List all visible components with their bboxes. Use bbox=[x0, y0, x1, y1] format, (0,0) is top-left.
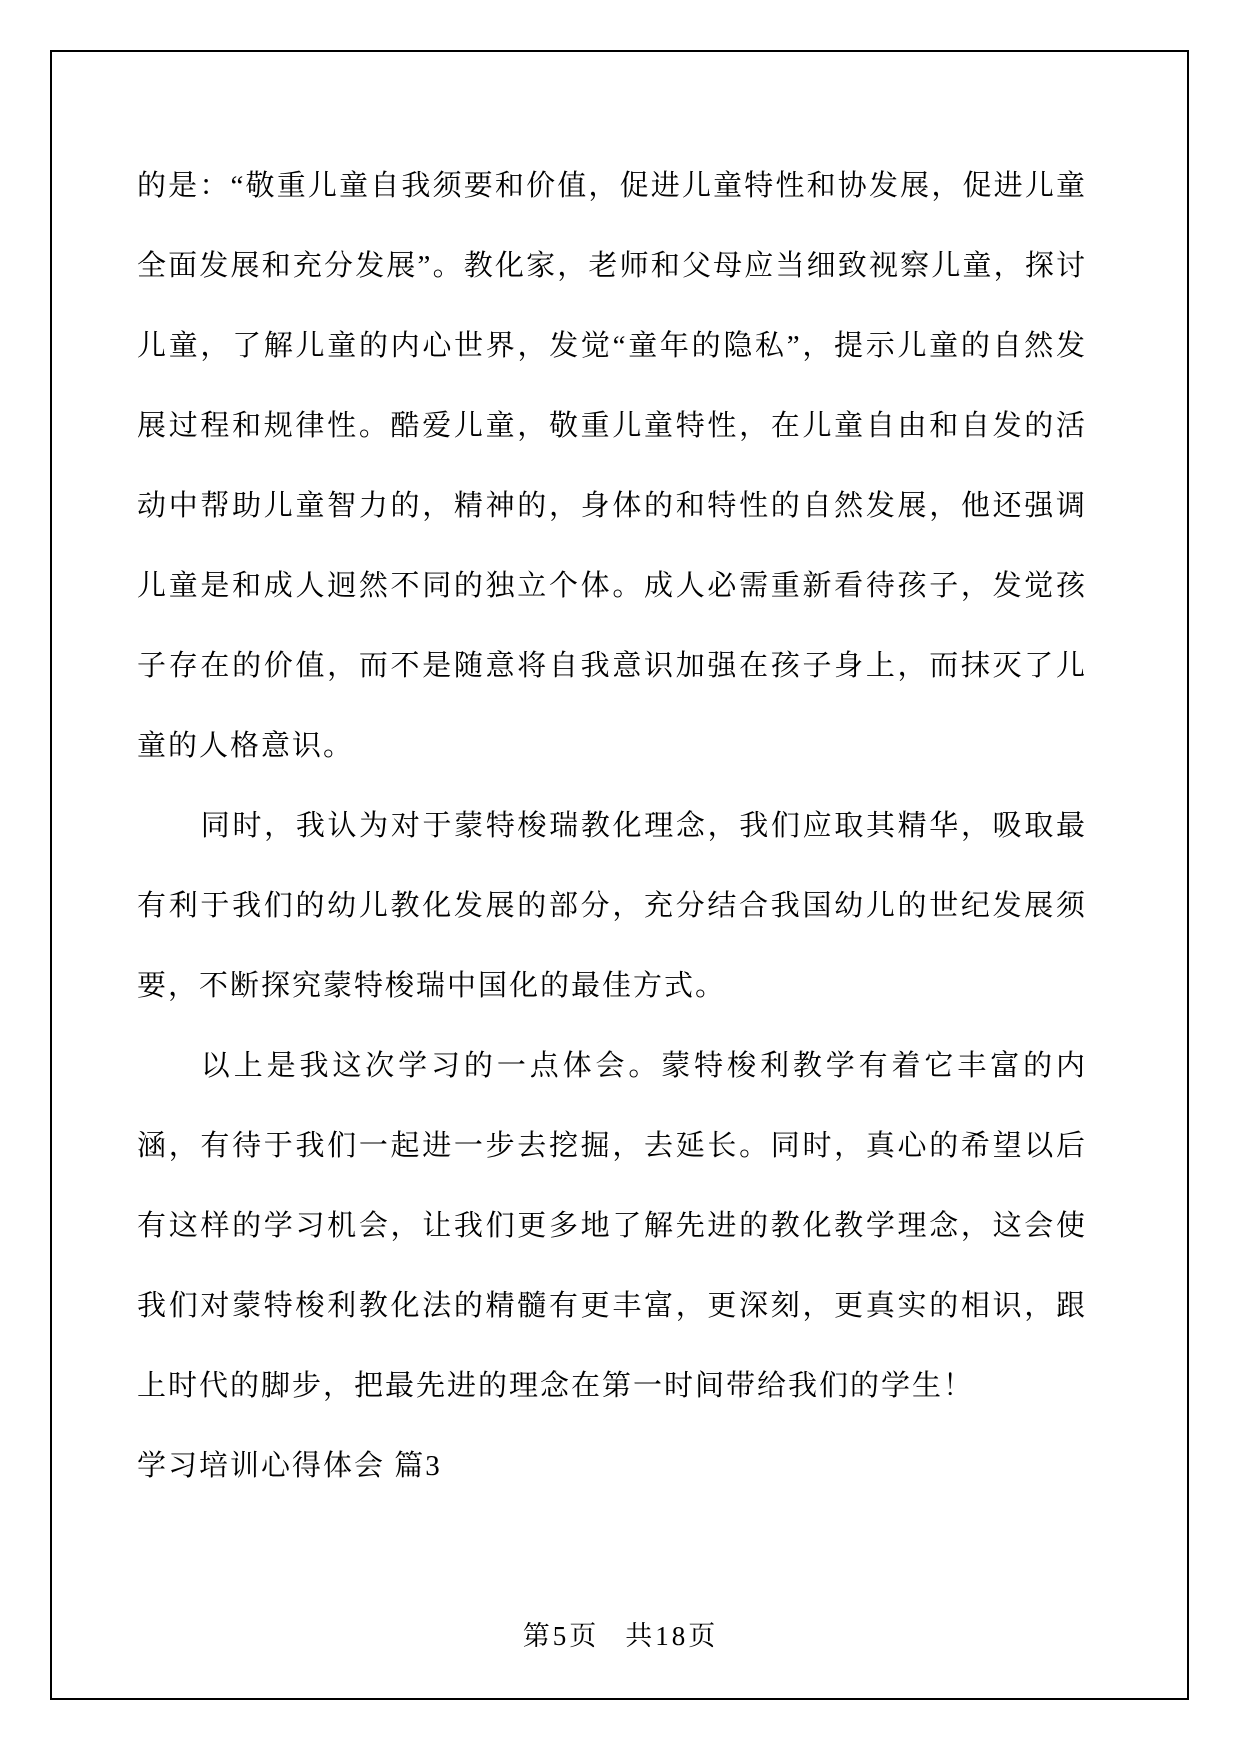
section-heading: 学习培训心得体会 篇3 bbox=[137, 1426, 1087, 1506]
document-content: 的是：“敬重儿童自我须要和价值，促进儿童特性和协发展，促进儿童全面发展和充分发展… bbox=[137, 146, 1087, 1506]
total-pages: 共18页 bbox=[625, 1621, 718, 1651]
page-number: 第5页 bbox=[523, 1621, 600, 1651]
paragraph-continuation: 的是：“敬重儿童自我须要和价值，促进儿童特性和协发展，促进儿童全面发展和充分发展… bbox=[137, 146, 1087, 786]
page-footer: 第5页共18页 bbox=[0, 1616, 1241, 1656]
document-page: 的是：“敬重儿童自我须要和价值，促进儿童特性和协发展，促进儿童全面发展和充分发展… bbox=[0, 0, 1241, 1754]
paragraph-montessori-idea: 同时，我认为对于蒙特梭瑞教化理念，我们应取其精华，吸取最有利于我们的幼儿教化发展… bbox=[137, 786, 1087, 1026]
paragraph-conclusion: 以上是我这次学习的一点体会。蒙特梭利教学有着它丰富的内涵，有待于我们一起进一步去… bbox=[137, 1026, 1087, 1426]
